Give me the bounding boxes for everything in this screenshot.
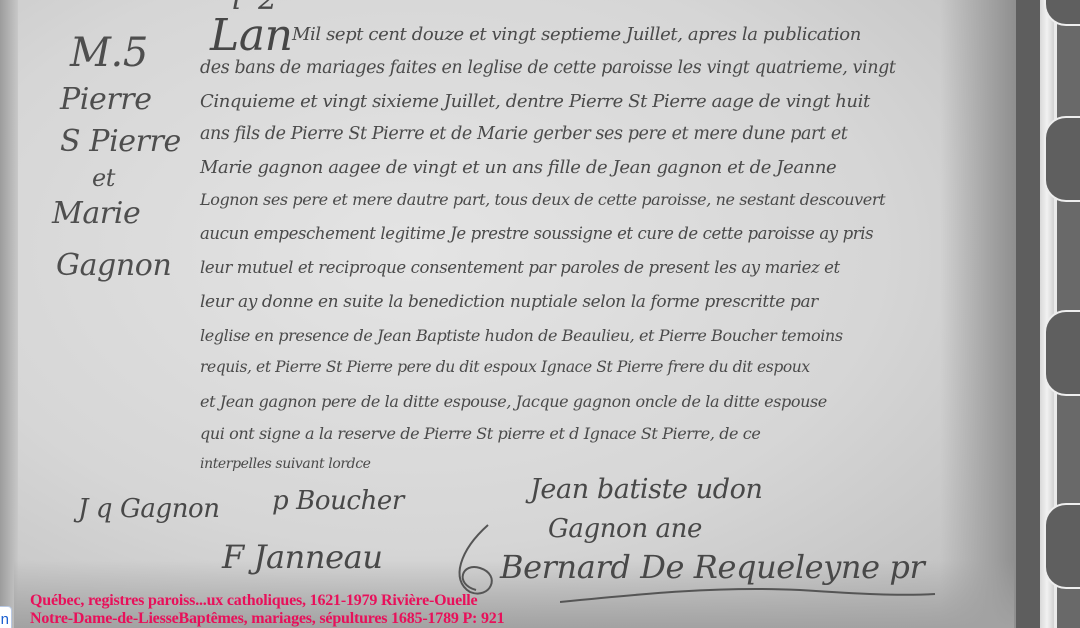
- record-line-9: leur ay donne en suite la benediction nu…: [200, 292, 818, 312]
- record-line-2: des bans de mariages faites en leglise d…: [200, 58, 896, 78]
- film-sprocket-hole: [1044, 310, 1080, 396]
- margin-name-groom-last: S Pierre: [60, 124, 181, 159]
- record-line-1: Mil sept cent douze et vingt septieme Ju…: [292, 24, 861, 45]
- record-line-4: ans fils de Pierre St Pierre et de Marie…: [200, 124, 847, 144]
- signature-p-boucher: p Boucher: [272, 486, 404, 516]
- record-line-14: interpelles suivant lordce: [200, 456, 371, 472]
- record-line-5: Marie gagnon aagee de vingt et un ans fi…: [200, 157, 836, 178]
- signature-jq-gagnon: J q Gagnon: [78, 494, 220, 524]
- margin-conjunction: et: [92, 164, 115, 192]
- record-line-8: leur mutuel et reciproque consentement p…: [200, 258, 840, 277]
- signature-bernard-de-requeleyne: Bernard De Requeleyne pr: [500, 548, 924, 586]
- signature-flourish-icon: [440, 520, 510, 600]
- film-sprocket-hole: [1044, 503, 1080, 589]
- record-line-7: aucun empeschement legitime Je prestre s…: [200, 224, 873, 243]
- record-line-10: leglise en presence de Jean Baptiste hud…: [200, 326, 843, 345]
- page-left-edge: [0, 0, 18, 628]
- page-gutter-shadow: [940, 0, 1018, 628]
- source-caption-line-2: Notre-Dame-de-LiesseBaptêmes, mariages, …: [30, 610, 504, 628]
- margin-name-groom-first: Pierre: [60, 82, 152, 117]
- source-caption-line-1: Québec, registres paroiss...ux catholiqu…: [30, 592, 477, 610]
- entry-number: M.5: [70, 30, 148, 76]
- signature-gagnon-ane: Gagnon ane: [548, 514, 702, 544]
- film-sprocket-hole: [1044, 116, 1080, 202]
- signature-underline-icon: [560, 584, 940, 614]
- partial-toolbar-button[interactable]: n: [0, 606, 12, 628]
- margin-name-bride-last: Gagnon: [56, 248, 171, 283]
- record-line-6: Lognon ses pere et mere dautre part, tou…: [200, 190, 885, 209]
- signature-jean-batiste-udon: Jean batiste udon: [530, 474, 763, 505]
- signature-f-janneau: F Janneau: [222, 538, 383, 576]
- record-line-11: requis, et Pierre St Pierre pere du dit …: [200, 358, 810, 376]
- margin-name-bride-first: Marie: [52, 196, 140, 231]
- record-line-13: qui ont signe a la reserve de Pierre St …: [200, 424, 760, 443]
- record-line-3: Cinquieme et vingt sixieme Juillet, dent…: [200, 91, 870, 112]
- document-scan-viewer: l' 2 M.5 Pierre S Pierre et Marie Gagnon…: [0, 0, 1080, 628]
- entry-heading: Lan: [210, 10, 293, 61]
- record-line-12: et Jean gagnon pere de la ditte espouse,…: [200, 392, 827, 411]
- film-strip-dark-band: [1016, 0, 1040, 628]
